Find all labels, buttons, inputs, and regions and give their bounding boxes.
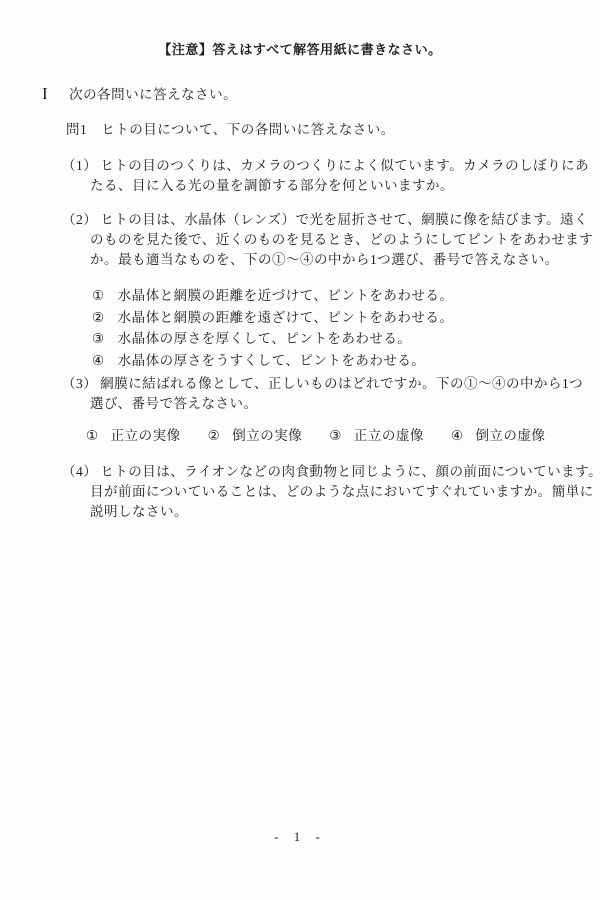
choice-2-number: ② <box>92 310 105 325</box>
part-1-line-1: （1）ヒトの目のつくりは、カメラのつくりによく似ています。カメラのしぼりにあ <box>62 156 584 176</box>
choice-2-text: 水晶体と網膜の距離を遠ざけて、ピントをあわせる。 <box>118 310 454 325</box>
choice-1-number: ① <box>92 288 105 303</box>
part-2-line-3: か。最も適当なものを、下の①～④の中から1つ選び、番号で答えなさい。 <box>90 250 584 270</box>
exam-notice: 【注意】答えはすべて解答用紙に書きなさい。 <box>0 0 600 58</box>
question1-text: ヒトの目について、下の各問いに答えなさい。 <box>101 122 394 137</box>
inline-choice-2: ②倒立の実像 <box>208 426 303 446</box>
inline-choice-1: ①正立の実像 <box>86 426 181 446</box>
choice-1: ①水晶体と網膜の距離を近づけて、ピントをあわせる。 <box>92 285 600 307</box>
section-heading: I次の各問いに答えなさい。 <box>42 84 600 105</box>
inline-choice-2-number: ② <box>208 428 221 443</box>
inline-choice-4-text: 倒立の虚像 <box>475 428 545 443</box>
part-2-choices-list: ①水晶体と網膜の距離を近づけて、ピントをあわせる。 ②水晶体と網膜の距離を遠ざけ… <box>92 285 600 371</box>
part-4-label: （4） <box>62 464 97 479</box>
part-4-line-3: 説明しなさい。 <box>90 502 584 522</box>
question-part-1: （1）ヒトの目のつくりは、カメラのつくりによく似ています。カメラのしぼりにあ た… <box>62 156 584 196</box>
inline-choice-1-text: 正立の実像 <box>111 428 181 443</box>
part-3-line-2: 選び、番号で答えなさい。 <box>90 394 584 414</box>
page-number: - 1 - <box>0 829 600 845</box>
question-part-3: （3）網膜に結ばれる像として、正しいものはどれですか。下の①～④の中から1つ 選… <box>62 374 584 414</box>
part-4-line-2: 目が前面についていることは、どのような点においてすぐれていますか。簡単に <box>90 482 584 502</box>
part-2-text: ヒトの目は、水晶体（レンズ）で光を屈折させて、網膜に像を結びます。遠く <box>100 212 588 227</box>
inline-choice-1-number: ① <box>86 428 99 443</box>
part-3-choices-row: ①正立の実像 ②倒立の実像 ③正立の虚像 ④倒立の虚像 <box>86 426 600 446</box>
choice-4-text: 水晶体の厚さをうすくして、ピントをあわせる。 <box>118 353 426 368</box>
choice-2: ②水晶体と網膜の距離を遠ざけて、ピントをあわせる。 <box>92 307 600 329</box>
inline-choice-4: ④倒立の虚像 <box>451 426 546 446</box>
inline-choice-3-text: 正立の虚像 <box>354 428 424 443</box>
choice-3-text: 水晶体の厚さを厚くして、ピントをあわせる。 <box>118 331 412 346</box>
part-3-label: （3） <box>62 376 97 391</box>
question1-heading: 問1ヒトの目について、下の各問いに答えなさい。 <box>66 120 600 140</box>
part-1-label: （1） <box>62 158 97 173</box>
part-1-text: ヒトの目のつくりは、カメラのつくりによく似ています。カメラのしぼりにあ <box>100 158 589 173</box>
part-2-line-2: のものを見た後で、近くのものを見るとき、どのようにしてピントをあわせます <box>90 230 584 250</box>
choice-3: ③水晶体の厚さを厚くして、ピントをあわせる。 <box>92 328 600 350</box>
inline-choice-2-text: 倒立の実像 <box>232 428 302 443</box>
part-4-text: ヒトの目は、ライオンなどの肉食動物と同じように、顔の前面についています。 <box>100 464 600 479</box>
question-part-4: （4）ヒトの目は、ライオンなどの肉食動物と同じように、顔の前面についています。 … <box>62 462 584 522</box>
inline-choice-4-number: ④ <box>451 428 464 443</box>
part-1-line-2: たる、目に入る光の量を調節する部分を何といいますか。 <box>90 176 584 196</box>
inline-choice-3: ③正立の虚像 <box>329 426 424 446</box>
question-part-2: （2）ヒトの目は、水晶体（レンズ）で光を屈折させて、網膜に像を結びます。遠く の… <box>62 210 584 270</box>
part-3-text: 網膜に結ばれる像として、正しいものはどれですか。下の①～④の中から1つ <box>100 376 583 391</box>
choice-4-number: ④ <box>92 353 105 368</box>
part-2-label: （2） <box>62 212 97 227</box>
part-3-line-1: （3）網膜に結ばれる像として、正しいものはどれですか。下の①～④の中から1つ <box>62 374 584 394</box>
section-title: 次の各問いに答えなさい。 <box>69 87 237 102</box>
inline-choice-3-number: ③ <box>329 428 342 443</box>
part-2-line-1: （2）ヒトの目は、水晶体（レンズ）で光を屈折させて、網膜に像を結びます。遠く <box>62 210 584 230</box>
choice-4: ④水晶体の厚さをうすくして、ピントをあわせる。 <box>92 350 600 372</box>
exam-document-page: 【注意】答えはすべて解答用紙に書きなさい。 I次の各問いに答えなさい。 問1ヒト… <box>0 0 600 900</box>
section-roman-numeral: I <box>42 84 48 103</box>
choice-3-number: ③ <box>92 331 105 346</box>
question1-label: 問1 <box>66 122 87 137</box>
part-4-line-1: （4）ヒトの目は、ライオンなどの肉食動物と同じように、顔の前面についています。 <box>62 462 584 482</box>
choice-1-text: 水晶体と網膜の距離を近づけて、ピントをあわせる。 <box>118 288 454 303</box>
